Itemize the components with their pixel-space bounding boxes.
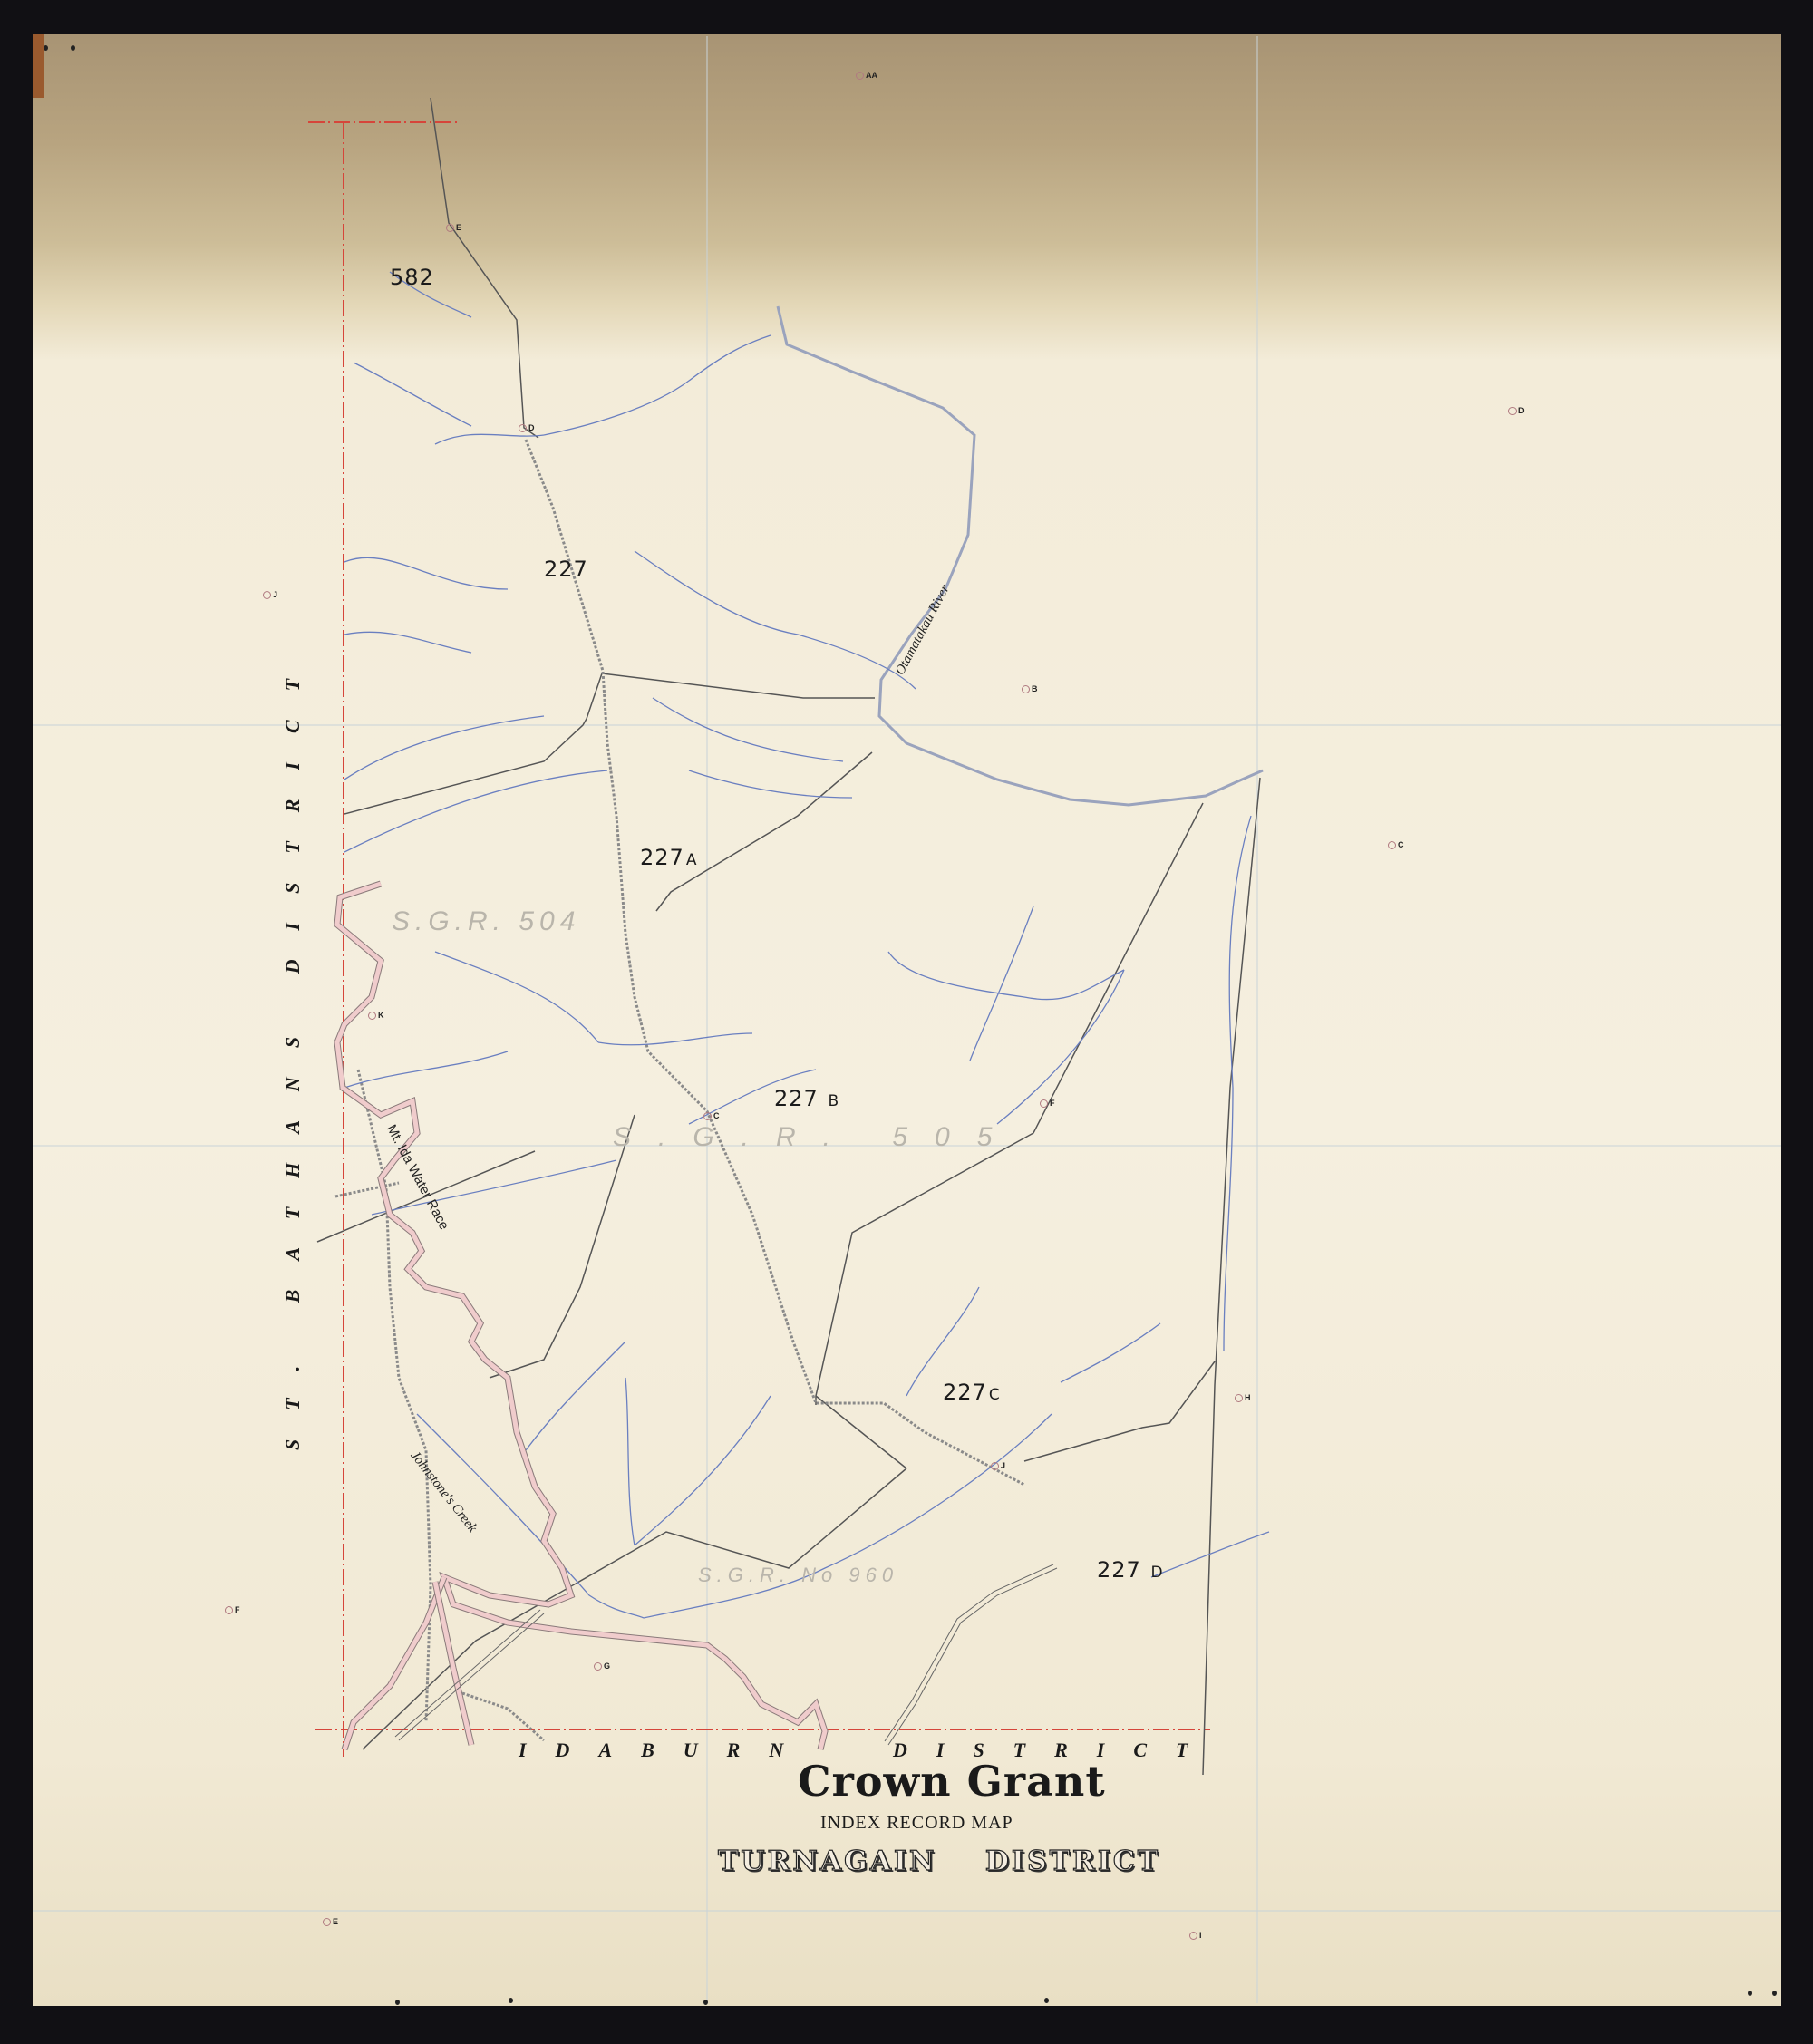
- subtitle-index-record-map: INDEX RECORD MAP: [820, 1813, 1013, 1834]
- lot-582: 582: [390, 265, 434, 290]
- lot-227d: 227 D: [1097, 1557, 1164, 1583]
- survey-marker: K: [368, 1011, 384, 1020]
- lot-number: 227: [1097, 1557, 1141, 1583]
- lot-suffix: A: [686, 851, 698, 869]
- survey-marker: G: [594, 1661, 610, 1671]
- lot-number: 582: [390, 265, 434, 290]
- pin-hole: [509, 1998, 513, 2003]
- district-label-st-bathans: ST. BATHANS DISTRICT: [281, 650, 305, 1450]
- pin-hole: [703, 2000, 708, 2005]
- lot-number: 227: [943, 1380, 987, 1405]
- survey-marker: D: [1508, 406, 1525, 415]
- lot-suffix: B: [828, 1092, 839, 1110]
- annotation-sgr-504: S.G.R. 504: [392, 906, 580, 937]
- survey-marker: H: [1235, 1393, 1251, 1402]
- annotation-sgr-960: S.G.R. No 960: [698, 1564, 898, 1587]
- river-otamatakau: [778, 306, 1263, 805]
- lot-227c: 227C: [943, 1380, 1001, 1405]
- pin-hole: [44, 45, 48, 51]
- survey-marker: J: [263, 590, 277, 599]
- survey-marker: F: [225, 1605, 240, 1614]
- map-drawing: [0, 0, 1813, 2044]
- lot-227: 227: [544, 557, 588, 582]
- title-turnagain-district: TURNAGAIN DISTRICT: [718, 1845, 1160, 1877]
- survey-marker: E: [446, 223, 461, 232]
- survey-marker: E: [323, 1917, 338, 1926]
- annotation-sgr-505: S.G.R. 505: [613, 1122, 1019, 1153]
- lot-227b: 227 B: [774, 1086, 839, 1111]
- survey-marker: F: [1040, 1099, 1055, 1108]
- lot-suffix: C: [989, 1386, 1001, 1404]
- lot-227a: 227A: [640, 845, 697, 870]
- title-crown-grant: Crown Grant: [798, 1757, 1106, 1806]
- district-label-idaburn: IDABURN: [519, 1739, 812, 1762]
- survey-marker: C: [703, 1111, 720, 1120]
- survey-marker: J: [991, 1461, 1005, 1470]
- district-boundary: [308, 122, 1210, 1757]
- pin-hole: [1772, 1991, 1777, 1996]
- pin-hole: [395, 2000, 400, 2005]
- pin-hole: [71, 45, 75, 51]
- survey-marker: B: [1022, 684, 1038, 693]
- survey-marker: D: [519, 423, 535, 432]
- lot-number: 227: [774, 1086, 819, 1111]
- lot-number: 227: [640, 845, 684, 870]
- survey-marker: I: [1189, 1931, 1202, 1940]
- pin-hole: [1748, 1991, 1752, 1996]
- survey-marker: C: [1388, 840, 1404, 849]
- lot-number: 227: [544, 557, 588, 582]
- pin-hole: [1044, 1998, 1049, 2003]
- water-race: [337, 884, 825, 1749]
- double-road: [395, 1564, 1057, 1745]
- survey-marker: AA: [856, 71, 877, 80]
- lot-suffix: D: [1150, 1564, 1163, 1582]
